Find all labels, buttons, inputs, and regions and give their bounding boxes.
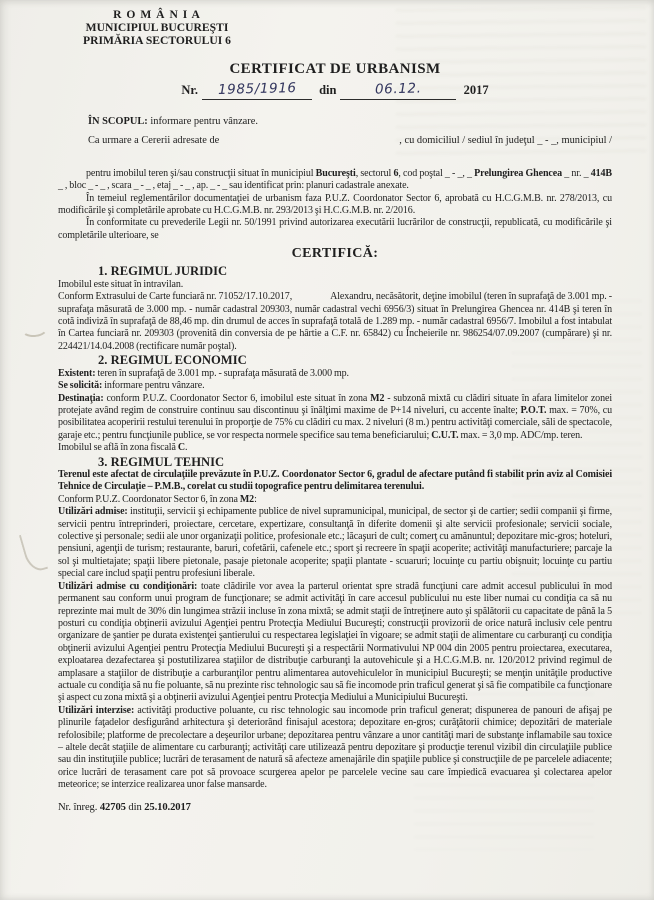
applicant-name-blank [219,135,399,147]
request-lead: Ca urmare a Cererii adresate de [88,135,219,147]
tehnic-conform-line: Conform P.U.Z. Coordonator Sector 6, în … [58,494,612,506]
issuer-sector: PRIMĂRIA SECTORULUI 6 [72,34,242,47]
legal-basis-paragraph: În temeiul reglementărilor documentaţiei… [58,193,612,218]
tehnic-utilizari-conditionate: Utilizări admise cu condiţionări: toate … [58,581,612,705]
issuer-country: R O M Â N I A [72,8,242,21]
tehnic-utilizari-interzise: Utilizări interzise: activităţi producti… [58,705,612,792]
certificate-page: R O M Â N I A MUNICIPIUL BUCUREŞTI PRIMĂ… [0,0,654,900]
economic-destinatia: Destinaţia: conform P.U.Z. Coordonator S… [58,393,612,443]
juridic-lead: Conform Extrasului de Carte funciară nr.… [58,291,292,302]
certify-heading: CERTIFICĂ: [58,245,612,262]
registration-number-line: Nr. înreg. 42705 din 25.10.2017 [58,801,612,814]
conformity-paragraph: În conformitate cu prevederile Legii nr.… [58,217,612,242]
juridic-intravilan: Imobilul este situat în intravilan. [58,279,612,291]
date-field: 06.12. [340,80,456,100]
economic-zona-fiscala: Imobilul se află în zona fiscală C. [58,442,612,454]
economic-existent: Existent: teren în suprafaţă de 3.001 mp… [58,368,612,380]
issuer-municipality: MUNICIPIUL BUCUREŞTI [72,21,242,34]
number-value-handwritten: 1985/1916 [217,79,296,100]
economic-solicita: Se solicită: informare pentru vânzare. [58,380,612,392]
number-field: 1985/1916 [202,80,312,100]
number-label: Nr. [181,83,198,97]
section-1-heading: 1. REGIMUL JURIDIC [98,264,612,279]
year-label: 2017 [464,83,489,97]
date-separator-label: din [319,83,336,97]
tehnic-utilizari-admise: Utilizări admise: instituţii, servicii ş… [58,506,612,580]
juridic-details: Conform Extrasului de Carte funciară nr.… [58,291,612,353]
request-line: Ca urmare a Cererii adresate de , cu dom… [58,135,612,147]
purpose-line: ÎN SCOPUL: informare pentru vânzare. [88,116,612,128]
document-content: R O M Â N I A MUNICIPIUL BUCUREŞTI PRIMĂ… [0,0,654,814]
document-title: CERTIFICAT DE URBANISM [58,61,612,78]
tehnic-circulatii-paragraph: Terenul este afectat de circulaţiile pre… [58,469,612,494]
issuer-header: R O M Â N I A MUNICIPIUL BUCUREŞTI PRIMĂ… [72,8,242,47]
request-tail: , cu domiciliul / sediul în judeţul _ - … [399,135,612,147]
section-2-heading: 2. REGIMUL ECONOMIC [98,353,612,368]
document-number-line: Nr.1985/1916 din06.12. 2017 [58,80,612,100]
date-value-handwritten: 06.12. [375,79,422,99]
property-paragraph: pentru imobilul teren şi/sau construcţii… [58,168,612,193]
section-3-heading: 3. REGIMUL TEHNIC [98,455,612,470]
